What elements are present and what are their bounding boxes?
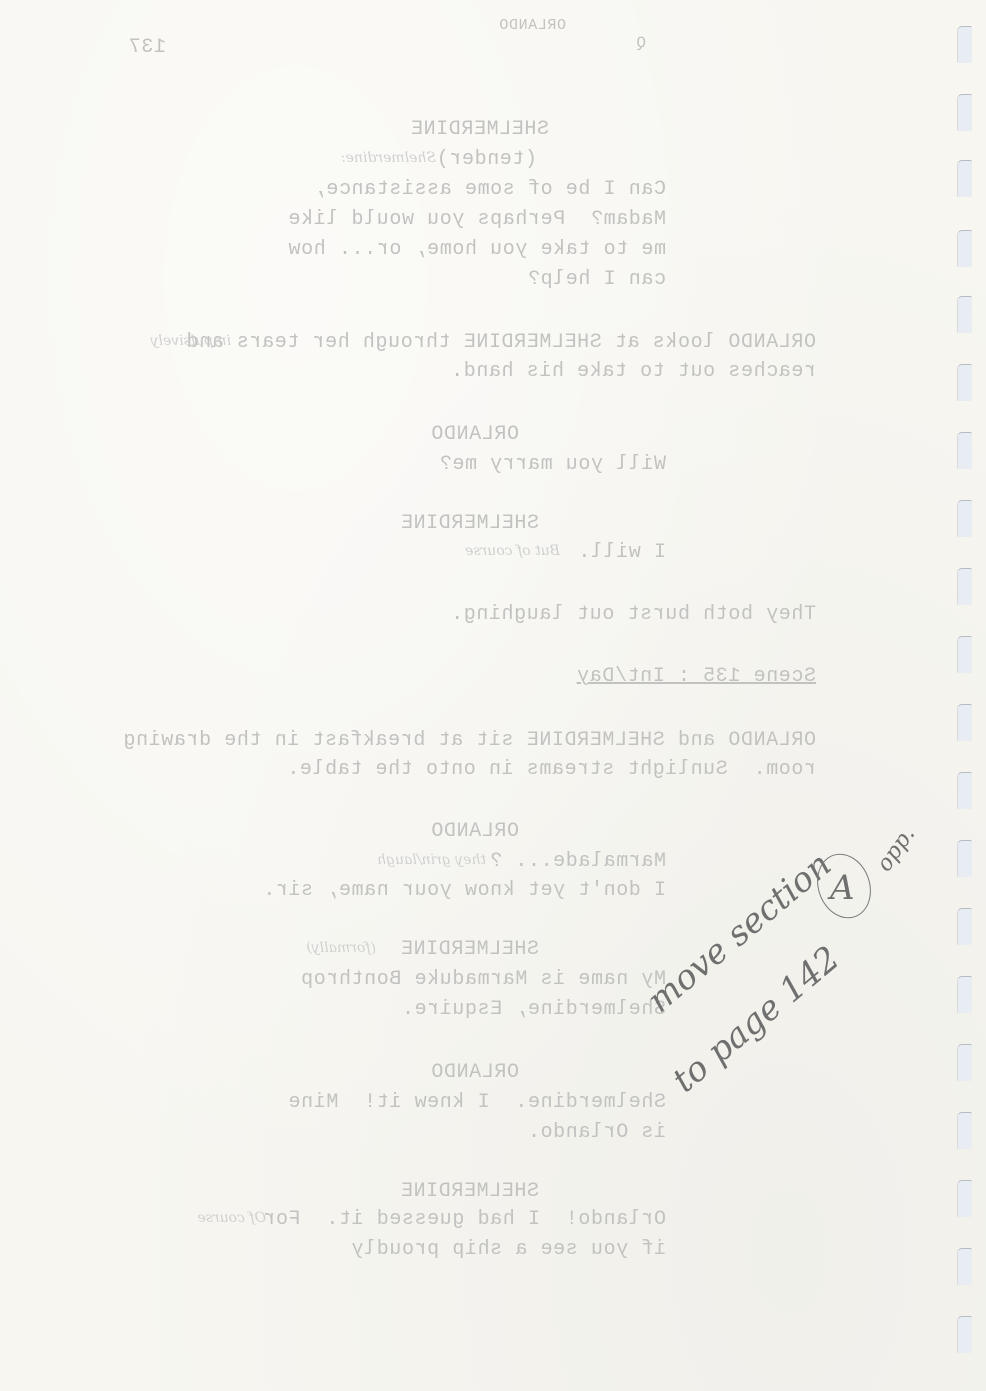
character-name: ORLANDO xyxy=(431,1063,519,1083)
binding-hole xyxy=(957,1044,972,1081)
dialogue-line: Shelmerdine, Esquire. xyxy=(401,1000,666,1020)
dialogue-line: I don't yet know your name, sir. xyxy=(263,881,666,901)
binding-hole xyxy=(957,94,972,131)
character-name: SHELMERDINE xyxy=(400,514,539,534)
binding-hole xyxy=(957,908,972,945)
binding-hole xyxy=(957,1112,972,1149)
binding-hole xyxy=(957,772,972,809)
dialogue-line: can I help? xyxy=(527,270,666,290)
scene-heading: Scene 135 : Int/Day xyxy=(577,667,816,687)
header-mark: ORLANDO xyxy=(499,18,566,33)
handwritten-note: Shelmerdine: xyxy=(341,150,436,166)
handwritten-note: they grin/laugh xyxy=(377,852,486,868)
bleed-through-text: ORLANDO Q 137 SHELMERDINE (tender) Shelm… xyxy=(0,0,986,1391)
header-initial: Q xyxy=(636,35,646,51)
action-line: reaches out to take his hand. xyxy=(451,362,816,382)
character-name: SHELMERDINE xyxy=(400,1182,539,1202)
dialogue-line: I will. xyxy=(578,543,666,563)
character-name: SHELMERDINE xyxy=(410,120,549,140)
character-name: SHELMERDINE xyxy=(400,940,539,960)
page-number: 137 xyxy=(128,38,166,58)
circled-letter: A xyxy=(830,868,855,908)
dialogue-line: Madam? Perhaps you would like xyxy=(288,210,666,230)
handwritten-note: impulsively xyxy=(151,333,231,349)
binding-hole xyxy=(957,230,972,267)
handwritten-note: But of course xyxy=(465,543,560,559)
binding-hole xyxy=(957,364,972,401)
dialogue-line: My name is Marmaduke Bonthrop xyxy=(301,970,666,990)
binding-hole xyxy=(957,26,972,63)
dialogue-line: if you see a ship proudly xyxy=(351,1240,666,1260)
parenthetical: (tender) xyxy=(436,150,537,170)
binding-hole xyxy=(957,636,972,673)
action-line: room. Sunlight streams in onto the table… xyxy=(287,760,816,780)
binding-hole xyxy=(957,976,972,1013)
binding-hole xyxy=(957,1316,972,1353)
handwritten-note: (formally) xyxy=(306,940,376,956)
action-line: ORLANDO looks at SHELMERDINE through her… xyxy=(186,333,816,353)
dialogue-line: Orlando! I had guessed it. For xyxy=(263,1210,666,1230)
binding-hole xyxy=(957,704,972,741)
binding-hole xyxy=(957,568,972,605)
action-line: ORLANDO and SHELMERDINE sit at breakfast… xyxy=(123,731,816,751)
character-name: ORLANDO xyxy=(431,425,519,445)
dialogue-line: Shelmerdine. I knew it! Mine xyxy=(288,1093,666,1113)
binding-hole xyxy=(957,296,972,333)
dialogue-line: Can I be of some assistance, xyxy=(313,180,666,200)
binding-hole xyxy=(957,840,972,877)
action-line: They both burst out laughing. xyxy=(451,605,816,625)
dialogue-line: is Orlando. xyxy=(527,1123,666,1143)
binding-hole xyxy=(957,1248,972,1285)
character-name: ORLANDO xyxy=(431,822,519,842)
binding-hole xyxy=(957,500,972,537)
dialogue-line: Will you marry me? xyxy=(439,455,666,475)
dialogue-line: Marmalade... ? xyxy=(490,852,666,872)
binding-hole xyxy=(957,160,972,197)
dialogue-line: me to take you home, or... how xyxy=(288,240,666,260)
binding-hole xyxy=(957,1180,972,1217)
handwritten-note: Of course xyxy=(197,1210,266,1226)
binding-hole xyxy=(957,432,972,469)
